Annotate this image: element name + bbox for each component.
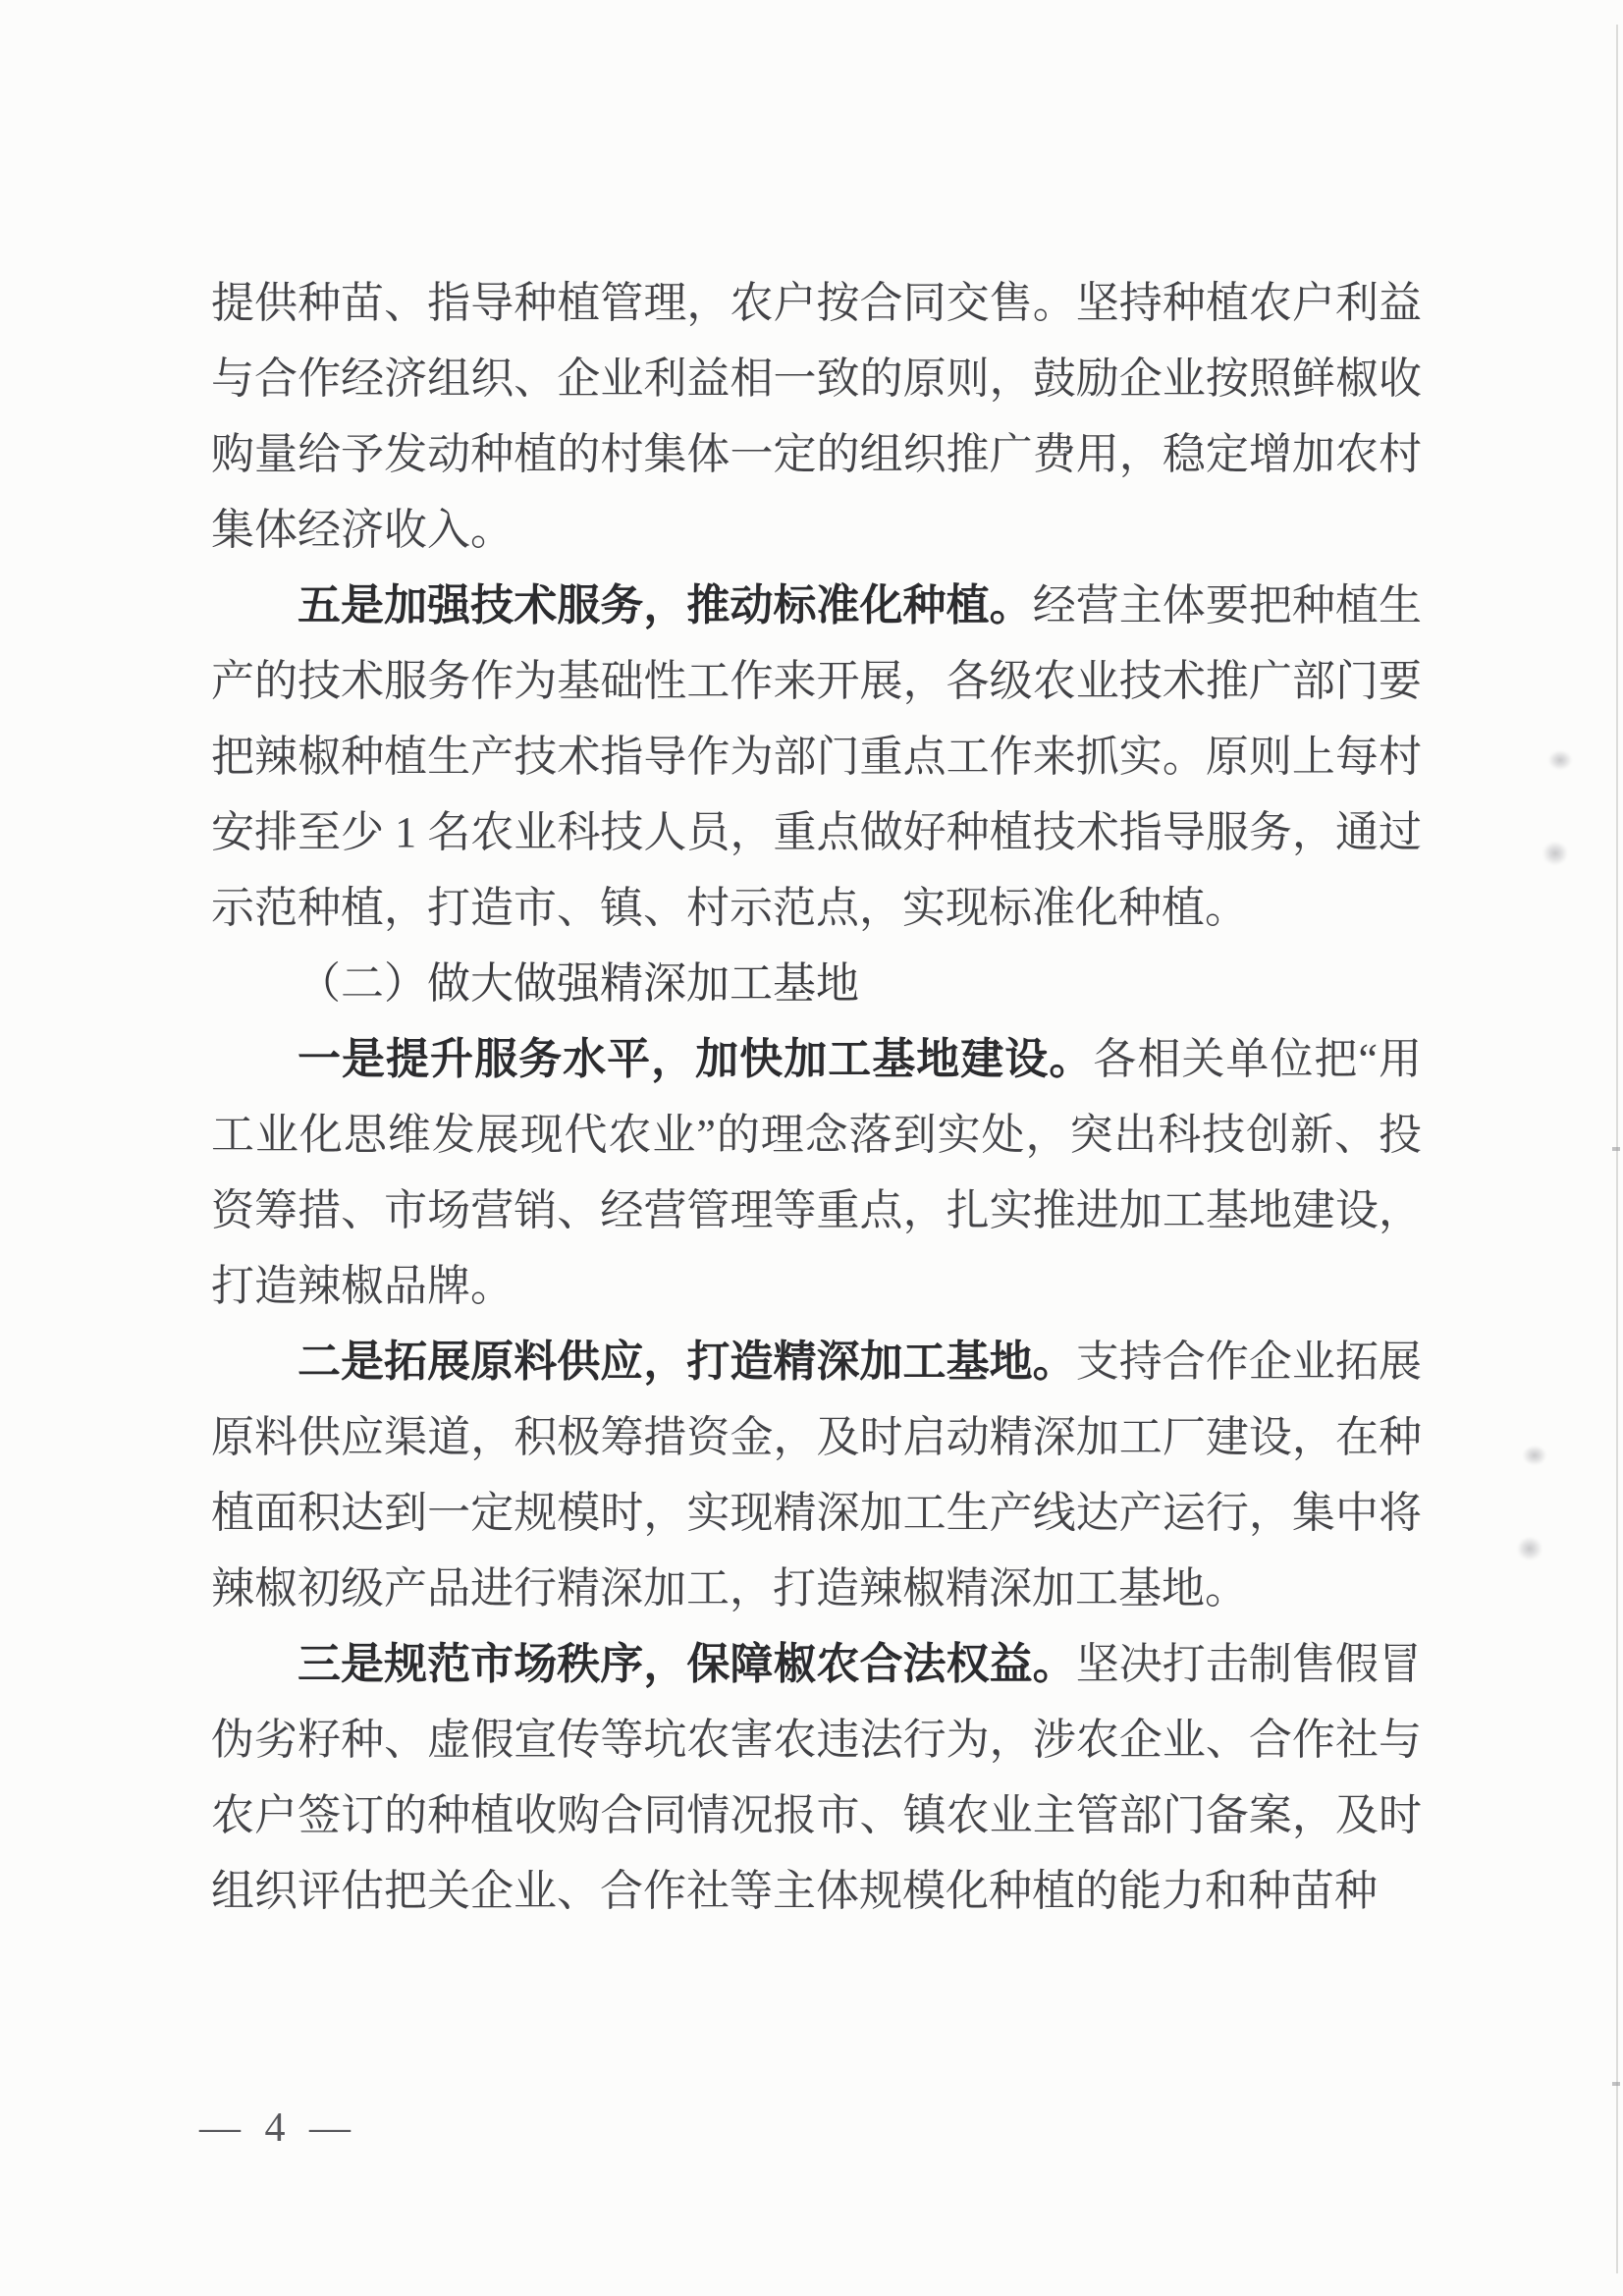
scan-artifact (1612, 2082, 1620, 2086)
paragraph-item-two: 二是拓展原料供应，打造精深加工基地。支持合作企业拓展原料供应渠道，积极筹措资金，… (211, 1324, 1422, 1626)
paragraph-item-three: 三是规范市场秩序，保障椒农合法权益。坚决打击制售假冒伪劣籽种、虚假宣传等坑农害农… (211, 1626, 1422, 1929)
paragraph-bold-lead: 一是提升服务水平，加快加工基地建设。 (298, 1035, 1093, 1083)
scan-artifact (1612, 1147, 1620, 1151)
page-number: — 4 — (199, 2105, 357, 2151)
paragraph-text: 提供种苗、指导种植管理，农户按合同交售。坚持种植农户利益与合作经济组织、企业利益… (211, 279, 1422, 554)
section-heading: （二）做大做强精深加工基地 (211, 946, 1422, 1021)
paragraph-bold-lead: 二是拓展原料供应，打造精深加工基地。 (298, 1338, 1076, 1386)
text-block: 提供种苗、指导种植管理，农户按合同交售。坚持种植农户利益与合作经济组织、企业利益… (211, 265, 1422, 1929)
paragraph-continuation: 提供种苗、指导种植管理，农户按合同交售。坚持种植农户利益与合作经济组织、企业利益… (211, 265, 1422, 568)
paragraph-bold-lead: 三是规范市场秩序，保障椒农合法权益。 (298, 1640, 1076, 1688)
paragraph-item-one: 一是提升服务水平，加快加工基地建设。各相关单位把“用工业化思维发展现代农业”的理… (211, 1021, 1422, 1324)
scan-artifact (1518, 1442, 1551, 1469)
paragraph-bold-lead: 五是加强技术服务，推动标准化种植。 (298, 581, 1033, 629)
scan-artifact (1543, 746, 1577, 774)
section-heading-text: （二）做大做强精深加工基地 (298, 959, 859, 1008)
document-page: 提供种苗、指导种植管理，农户按合同交售。坚持种植农户利益与合作经济组织、企业利益… (0, 0, 1623, 2296)
scan-artifact (1512, 1532, 1547, 1565)
scan-artifact (1538, 837, 1573, 870)
paragraph-item-five: 五是加强技术服务，推动标准化种植。经营主体要把种植生产的技术服务作为基础性工作来… (211, 568, 1422, 946)
paragraph-text: 经营主体要把种植生产的技术服务作为基础性工作来开展，各级农业技术推广部门要把辣椒… (211, 581, 1422, 932)
